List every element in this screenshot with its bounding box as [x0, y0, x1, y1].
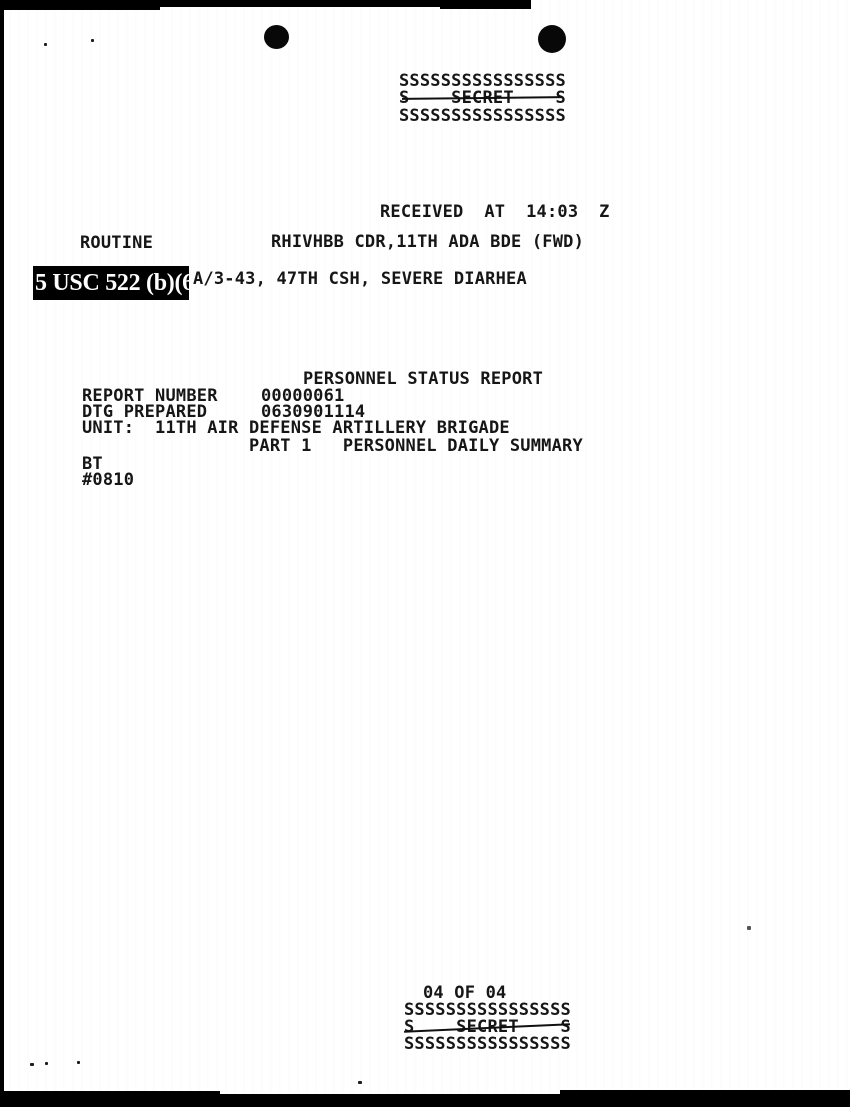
- routing-address: RHIVHBB CDR,11TH ADA BDE (FWD): [271, 234, 584, 251]
- scan-speck: [45, 1062, 48, 1065]
- scan-edge-bottom: [0, 1094, 850, 1107]
- scan-speck: [358, 1081, 362, 1084]
- banner-s-row: SSSSSSSSSSSSSSSS: [399, 108, 566, 125]
- scan-edge-top-fragment: [0, 7, 160, 10]
- scan-speck: [30, 1063, 34, 1066]
- scan-speck: [91, 39, 94, 42]
- hole-punch-left: [264, 25, 289, 49]
- scan-edge-bottom-fragment: [560, 1090, 850, 1095]
- scan-speck: [747, 926, 751, 930]
- redaction-stamp: 5 USC 522 (b)(6): [33, 266, 189, 300]
- scan-speck: [44, 43, 47, 46]
- scan-edge-top-fragment: [440, 7, 531, 9]
- scan-edge-top: [0, 0, 531, 7]
- scanned-document-page: SSSSSSSSSSSSSSSS S SECRET S SSSSSSSSSSSS…: [0, 0, 850, 1107]
- part-heading: PART 1 PERSONNEL DAILY SUMMARY: [249, 438, 583, 455]
- unit-line: UNIT: 11TH AIR DEFENSE ARTILLERY BRIGADE: [82, 420, 510, 437]
- precedence-label: ROUTINE: [80, 235, 153, 252]
- banner-s-row: SSSSSSSSSSSSSSSS: [404, 1036, 571, 1053]
- scan-edge-bottom-fragment: [0, 1091, 220, 1095]
- message-number: #0810: [82, 472, 134, 489]
- scan-edge-left: [0, 0, 4, 1100]
- subject-line: A/3-43, 47TH CSH, SEVERE DIARHEA: [193, 271, 527, 288]
- received-timestamp: RECEIVED AT 14:03 Z: [380, 204, 610, 221]
- hole-punch-right: [538, 25, 566, 53]
- scan-speck: [77, 1061, 80, 1064]
